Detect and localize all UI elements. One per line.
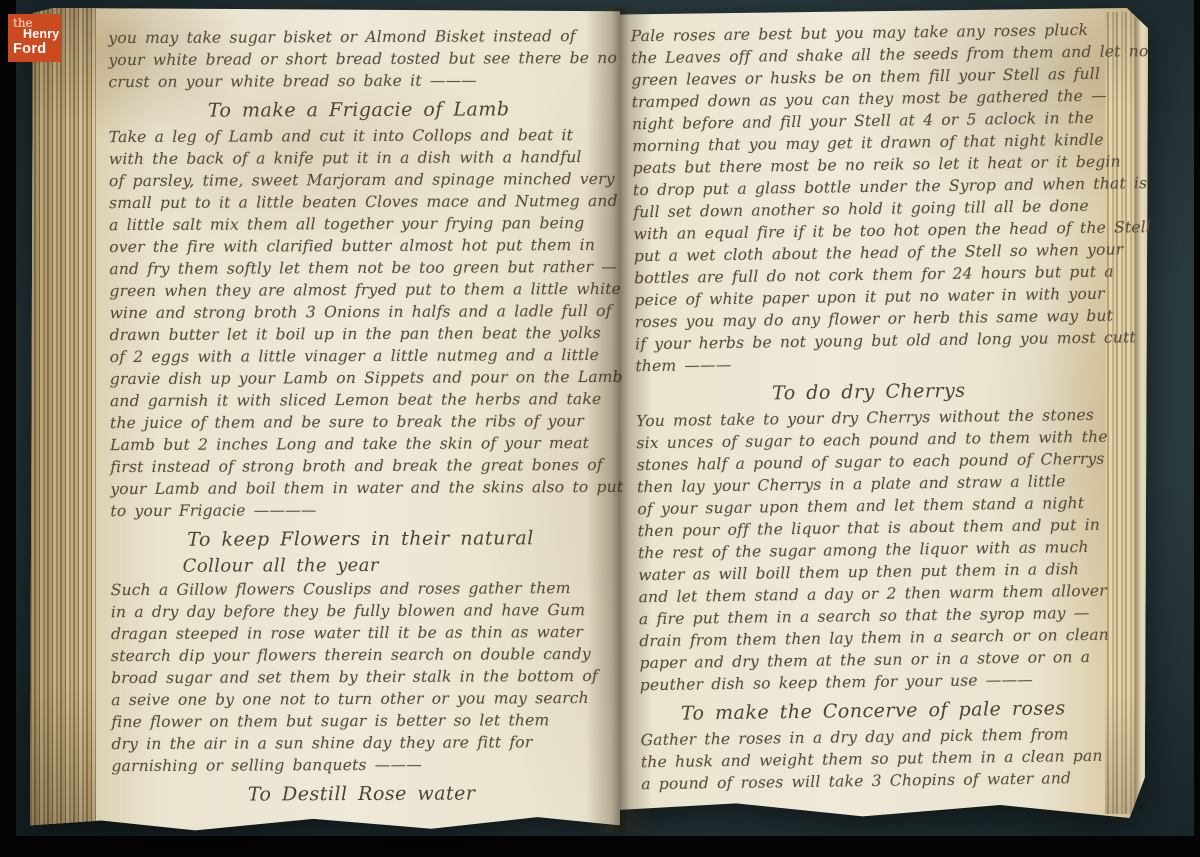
recipe-heading: To make a Frigacie of Lamb (109, 96, 609, 124)
manuscript-line: with the back of a knife put it in a dis… (109, 146, 609, 170)
recipe-heading: To do dry Cherrys (636, 376, 1102, 409)
manuscript-line: stearch dip your flowers therein search … (111, 643, 611, 667)
manuscript-line: a seive one by one not to turn other or … (111, 687, 611, 711)
gutter-shadow (586, 8, 652, 832)
right-page-text: Pale roses are best but you may take any… (631, 19, 1108, 795)
right-page-fore-edge (1105, 12, 1135, 814)
manuscript-line: small put to it a little beaten Cloves m… (109, 190, 609, 214)
manuscript-line: and fry them softly let them not be too … (109, 256, 609, 280)
manuscript-line: and garnish it with sliced Lemon beat th… (110, 388, 610, 412)
logo-word-henry: Henry (23, 27, 59, 41)
manuscript-line: of parsley, time, sweet Marjoram and spi… (109, 168, 609, 192)
manuscript-line: broad sugar and set them by their stalk … (111, 665, 611, 689)
manuscript-line: dry in the air in a sun shine day they a… (111, 731, 611, 755)
manuscript-line: in a dry day before they be fully blowen… (111, 599, 611, 623)
manuscript-line: of 2 eggs with a little vinager a little… (110, 344, 610, 368)
manuscript-book: you may take sugar bisket or Almond Bisk… (30, 8, 1148, 832)
manuscript-line: Such a Gillow flowers Couslips and roses… (111, 577, 611, 601)
recipe-heading: To Destill Rose water (112, 780, 612, 808)
left-page-fore-edge (30, 8, 96, 832)
manuscript-line: first instead of strong broth and break … (110, 454, 610, 478)
manuscript-line: Lamb but 2 inches Long and take the skin… (110, 432, 610, 456)
manuscript-line: you may take sugar bisket or Almond Bisk… (108, 25, 608, 49)
manuscript-line: garnishing or selling banquets ——— (111, 753, 611, 777)
manuscript-line: wine and strong broth 3 Onions in halfs … (109, 300, 609, 324)
manuscript-line: crust on your white bread so bake it ——— (108, 69, 608, 93)
recipe-heading: To keep Flowers in their natural (110, 525, 610, 553)
underpage-edge (1135, 18, 1148, 804)
manuscript-line: gravie dish up your Lamb on Sippets and … (110, 366, 610, 390)
manuscript-line: over the fire with clarified butter almo… (109, 234, 609, 258)
manuscript-line: your Lamb and boil them in water and the… (110, 476, 610, 500)
manuscript-line: green when they are almost fryed put to … (109, 278, 609, 302)
manuscript-line: fine flower on them but sugar is better … (111, 709, 611, 733)
manuscript-line: the juice of them and be sure to break t… (110, 410, 610, 434)
manuscript-line: a little salt mix them all together your… (109, 212, 609, 236)
henry-ford-logo: the Henry Ford (8, 14, 61, 62)
manuscript-line: Take a leg of Lamb and cut it into Collo… (109, 124, 609, 148)
manuscript-line: to your Frigacie ———— (110, 498, 610, 522)
recipe-heading: To make the Concerve of pale roses (640, 695, 1106, 728)
recipe-heading: Collour all the year (111, 553, 611, 579)
logo-word-ford: Ford (13, 41, 46, 57)
left-page-text: you may take sugar bisket or Almond Bisk… (108, 25, 611, 810)
manuscript-line: your white bread or short bread tosted b… (108, 47, 608, 71)
manuscript-line: dragan steeped in rose water till it be … (111, 621, 611, 645)
manuscript-line: drawn butter let it boil up in the pan t… (110, 322, 610, 346)
